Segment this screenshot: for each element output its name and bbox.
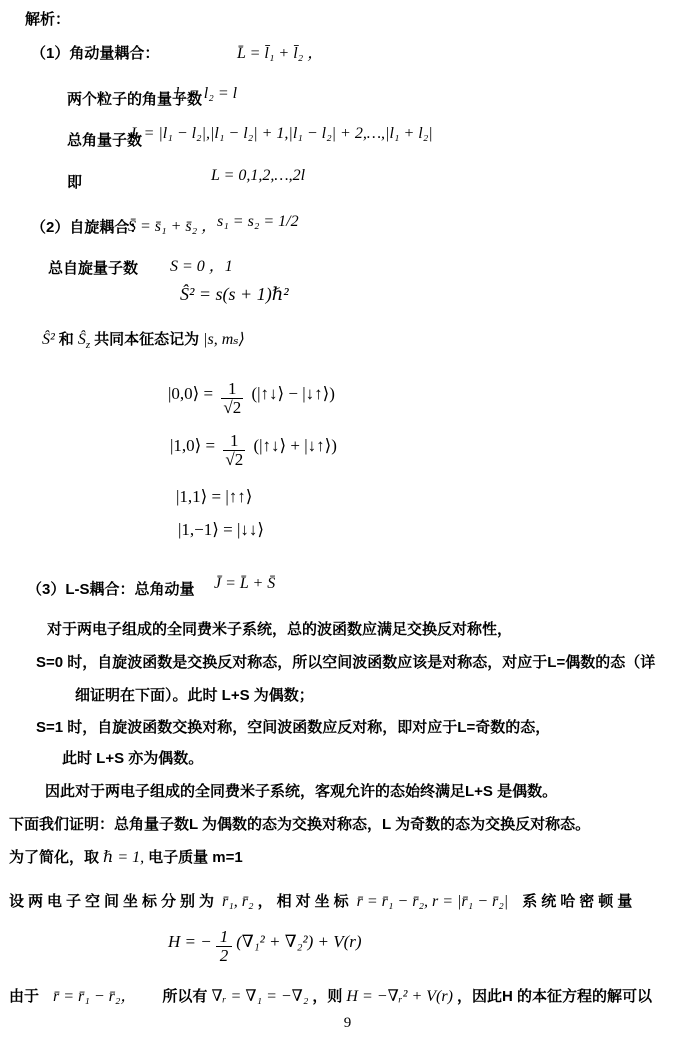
ket-00-fraction: 1√2 [221,380,243,417]
gradient-r: r̄ = r̄₁ − r̄₂， [53,988,136,1005]
s-squared-symbol: Ŝ² [42,331,55,348]
hamiltonian-fraction: 12 [216,928,233,965]
page-number: 9 [0,1015,695,1032]
simplify-pre: 为了简化，取 [9,849,99,866]
eigenstate-text: 共同本征态记为 [94,331,199,348]
formula-ket-00: |0,0⟩ = 1√2 (|↑↓⟩ − |↓↑⟩) [168,380,335,417]
hamiltonian-rhs: (∇₁² + ∇₂²) + V(r) [236,932,361,951]
section1-title: （1）角动量耦合： [31,42,159,63]
ket-10-fraction: 1√2 [223,432,245,469]
gradient-pre: 由于 [9,988,39,1005]
formula-total-l-range: L = |l₁ − l₂|,|l₁ − l₂| + 1,|l₁ − l₂| + … [131,125,433,143]
formula-l-values: L = 0,1,2,…,2l [211,167,305,185]
heading: 解析： [25,8,70,29]
simplify-hbar: ℏ = 1, [103,849,144,866]
para-simplify: 为了简化，取 ℏ = 1, 电子质量 m=1 [9,846,243,867]
document-page: 解析： （1）角动量耦合： L̄ = l̄₁ + l̄₂ ， 两个粒子的角量子数… [0,0,695,1039]
simplify-post: 电子质量 m=1 [148,849,243,866]
ket-10-rhs: (|↑↓⟩ + |↓↑⟩) [253,436,336,455]
coords-r1r2: r̄₁, r̄₂ [222,893,254,910]
gradient-nabla: ∇ᵣ = ∇₁ = −∇₂ [211,988,308,1005]
formula-s-half: s₁ = s₂ = 1/2 [217,213,299,231]
gradient-mid1: 所以有 [162,988,207,1005]
para-s0: S=0 时，自旋波函数是交换反对称态，所以空间波函数应该是对称态，对应于L=偶数… [36,651,655,672]
gradient-h: H = −∇ᵣ² + V(r) [346,988,453,1005]
eigenstate-line: Ŝ² 和 Ŝz 共同本征态记为 |s, mₛ⟩ [42,328,245,351]
ket-00-rhs: (|↑↓⟩ − |↓↑⟩) [251,384,334,403]
formula-ket-10: |1,0⟩ = 1√2 (|↑↓⟩ + |↓↑⟩) [170,432,337,469]
label-total-spin: 总自旋量子数 [48,257,138,278]
para-s1: S=1 时，自旋波函数交换对称，空间波函数应反对称，即对应于L=奇数的态， [36,716,550,737]
hamiltonian-lhs: H = − [168,932,212,951]
ket-10-lhs: |1,0⟩ = [170,436,215,455]
s-z-symbol: Ŝ [78,331,86,348]
para-s1-cont: 此时 L+S 亦为偶数。 [62,747,203,768]
para-fermion-symmetry: 对于两电子组成的全同费米子系统，总的波函数应满足交换反对称性， [47,618,512,639]
formula-l1-equals-l2: l₁ = l₂ = l [175,85,237,103]
formula-hamiltonian: H = −12(∇₁² + ∇₂²) + V(r) [168,928,362,965]
section3-title: （3）L-S耦合：总角动量 [27,578,195,599]
formula-s-squared: Ŝ² = s(s + 1)ℏ² [180,284,289,305]
eigenstate-and: 和 [59,331,74,348]
para-gradient: 由于 r̄ = r̄₁ − r̄₂， 所以有 ∇ᵣ = ∇₁ = −∇₂ ，则 … [9,983,652,1006]
gradient-mid2: ，则 [312,988,342,1005]
formula-s-values: S = 0 ，1 [170,253,233,276]
formula-l-sum: L̄ = l̄₁ + l̄₂ ， [237,40,323,63]
formula-ket-1m1: |1,−1⟩ = |↓↓⟩ [178,520,264,540]
coords-relative: r̄ = r̄₁ − r̄₂, r = |r̄₁ − r̄₂| [357,893,509,910]
formula-j-sum: J̄ = L̄ + S̄ [214,575,275,593]
s-z-subscript: z [86,339,90,351]
coords-post: 系统哈密顿量 [522,893,636,910]
para-conclusion: 因此对于两电子组成的全同费米子系统，客观允许的态始终满足L+S 是偶数。 [45,780,557,801]
eigenstate-ket: |s, mₛ⟩ [203,331,245,348]
para-proof-intro: 下面我们证明：总角量子数L 为偶数的态为交换对称态，L 为奇数的态为交换反对称态… [9,813,590,834]
formula-ket-11: |1,1⟩ = |↑↑⟩ [176,487,252,507]
formula-s-sum: S̄ = s̄₁ + s̄₂ ， [128,213,217,236]
para-s0-cont: 细证明在下面）。此时 L+S 为偶数； [75,684,314,705]
coords-mid: ，相对坐标 [258,893,353,910]
label-ie: 即 [67,171,82,192]
ket-00-lhs: |0,0⟩ = [168,384,213,403]
para-coordinates: 设两电子空间坐标分别为 r̄₁, r̄₂ ，相对坐标 r̄ = r̄₁ − r̄… [9,890,636,911]
coords-pre: 设两电子空间坐标分别为 [9,893,218,910]
gradient-post: ，因此H 的本征方程的解可以 [457,988,652,1005]
